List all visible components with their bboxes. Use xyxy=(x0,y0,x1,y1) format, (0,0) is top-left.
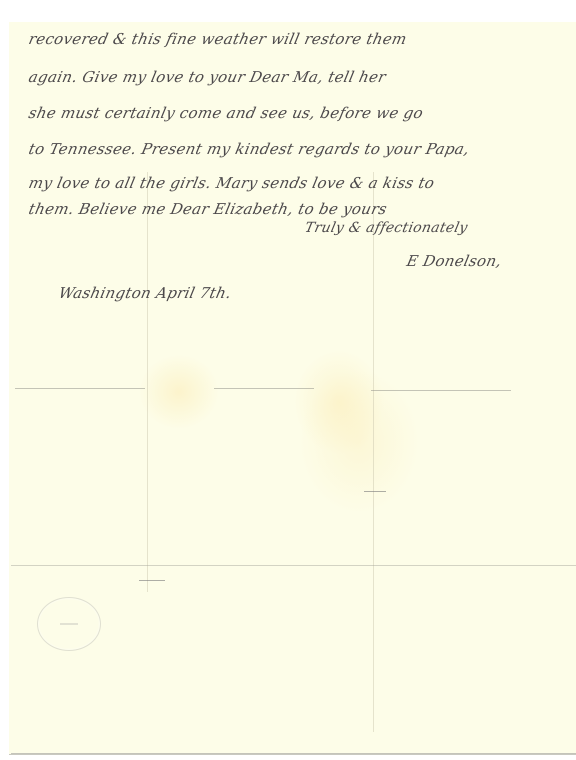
letter-line-5: my love to all the girls. Mary sends lov… xyxy=(27,174,436,192)
letter-line-3: she must certainly come and see us, befo… xyxy=(27,104,425,122)
fold-line-vertical-center xyxy=(373,172,374,732)
letter-line-6: them. Believe me Dear Elizabeth, to be y… xyxy=(27,200,389,218)
fold-line-horizontal-lower xyxy=(11,565,576,566)
letter-paper: recovered & this fine weather will resto… xyxy=(9,22,576,754)
letter-line-2: again. Give my love to your Dear Ma, tel… xyxy=(27,68,388,86)
fold-line-horizontal-upper-right xyxy=(371,390,511,391)
letter-line-1: recovered & this fine weather will resto… xyxy=(27,30,408,48)
fold-line-horizontal-upper xyxy=(15,388,145,389)
embossed-seal-icon xyxy=(37,597,101,651)
fold-line-vertical-left xyxy=(147,172,148,592)
letter-scan: recovered & this fine weather will resto… xyxy=(0,0,576,760)
letter-closing: Truly & affectionately xyxy=(303,220,469,236)
letter-line-4: to Tennessee. Present my kindest regards… xyxy=(27,140,471,158)
letter-signature: E Donelson, xyxy=(405,252,503,270)
crease-mark xyxy=(11,753,576,754)
crease-mark xyxy=(139,580,165,581)
letter-dateline: Washington April 7th. xyxy=(57,284,233,302)
fold-line-horizontal-upper-mid xyxy=(214,388,314,389)
embossed-seal-center xyxy=(60,623,78,625)
crease-mark xyxy=(364,491,386,492)
